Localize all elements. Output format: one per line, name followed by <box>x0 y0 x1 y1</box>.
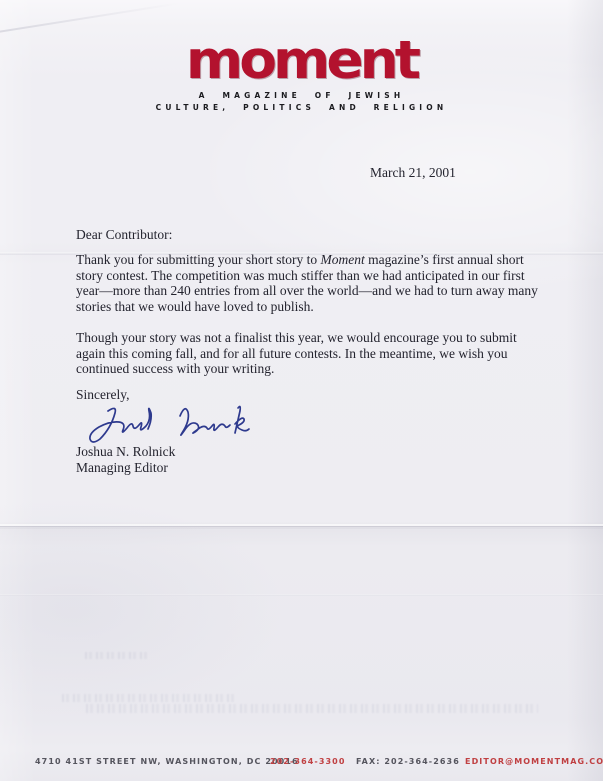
signature-stroke-k <box>235 407 249 433</box>
tagline-line-2: CULTURE, POLITICS AND RELIGION <box>0 102 603 114</box>
footer-fax: FAX: 202-364-2636 <box>356 757 460 766</box>
signature-stroke-first-name <box>90 408 151 442</box>
footer-address: 4710 41ST STREET NW, WASHINGTON, DC 2001… <box>35 757 299 766</box>
paper-crease-bottom <box>0 594 603 596</box>
paper-fold-lower <box>0 524 603 529</box>
paragraph-2: Though your story was not a finalist thi… <box>76 330 544 377</box>
footer-phone: 202-364-3300 <box>270 757 346 766</box>
scanned-letter-page: moment A MAGAZINE OF JEWISH CULTURE, POL… <box>0 0 603 781</box>
tagline-line-1: A MAGAZINE OF JEWISH <box>0 90 603 102</box>
ghost-bleed-through <box>85 652 147 659</box>
signer-name: Joshua N. Rolnick <box>76 444 175 460</box>
paper-crease-top <box>0 2 179 35</box>
letterhead: moment A MAGAZINE OF JEWISH CULTURE, POL… <box>0 36 603 114</box>
closing: Sincerely, <box>76 387 129 403</box>
ghost-bleed-through <box>86 704 538 713</box>
footer-contact-bar: 4710 41ST STREET NW, WASHINGTON, DC 2001… <box>0 755 603 769</box>
paragraph-1-text: Thank you for submitting your short stor… <box>76 252 320 267</box>
salutation: Dear Contributor: <box>76 227 172 243</box>
moment-logo: moment <box>0 37 603 83</box>
signature-stroke-last-name <box>180 409 230 435</box>
footer-email: EDITOR@MOMENTMAG.COM <box>465 757 603 766</box>
signature-block: Joshua N. Rolnick Managing Editor <box>76 444 175 476</box>
signer-title: Managing Editor <box>76 460 175 476</box>
magazine-name-italic: Moment <box>320 252 364 267</box>
letterhead-tagline: A MAGAZINE OF JEWISH CULTURE, POLITICS A… <box>0 90 603 114</box>
date-line: March 21, 2001 <box>370 165 456 181</box>
ghost-bleed-through <box>62 694 234 702</box>
paragraph-1: Thank you for submitting your short stor… <box>76 252 544 314</box>
